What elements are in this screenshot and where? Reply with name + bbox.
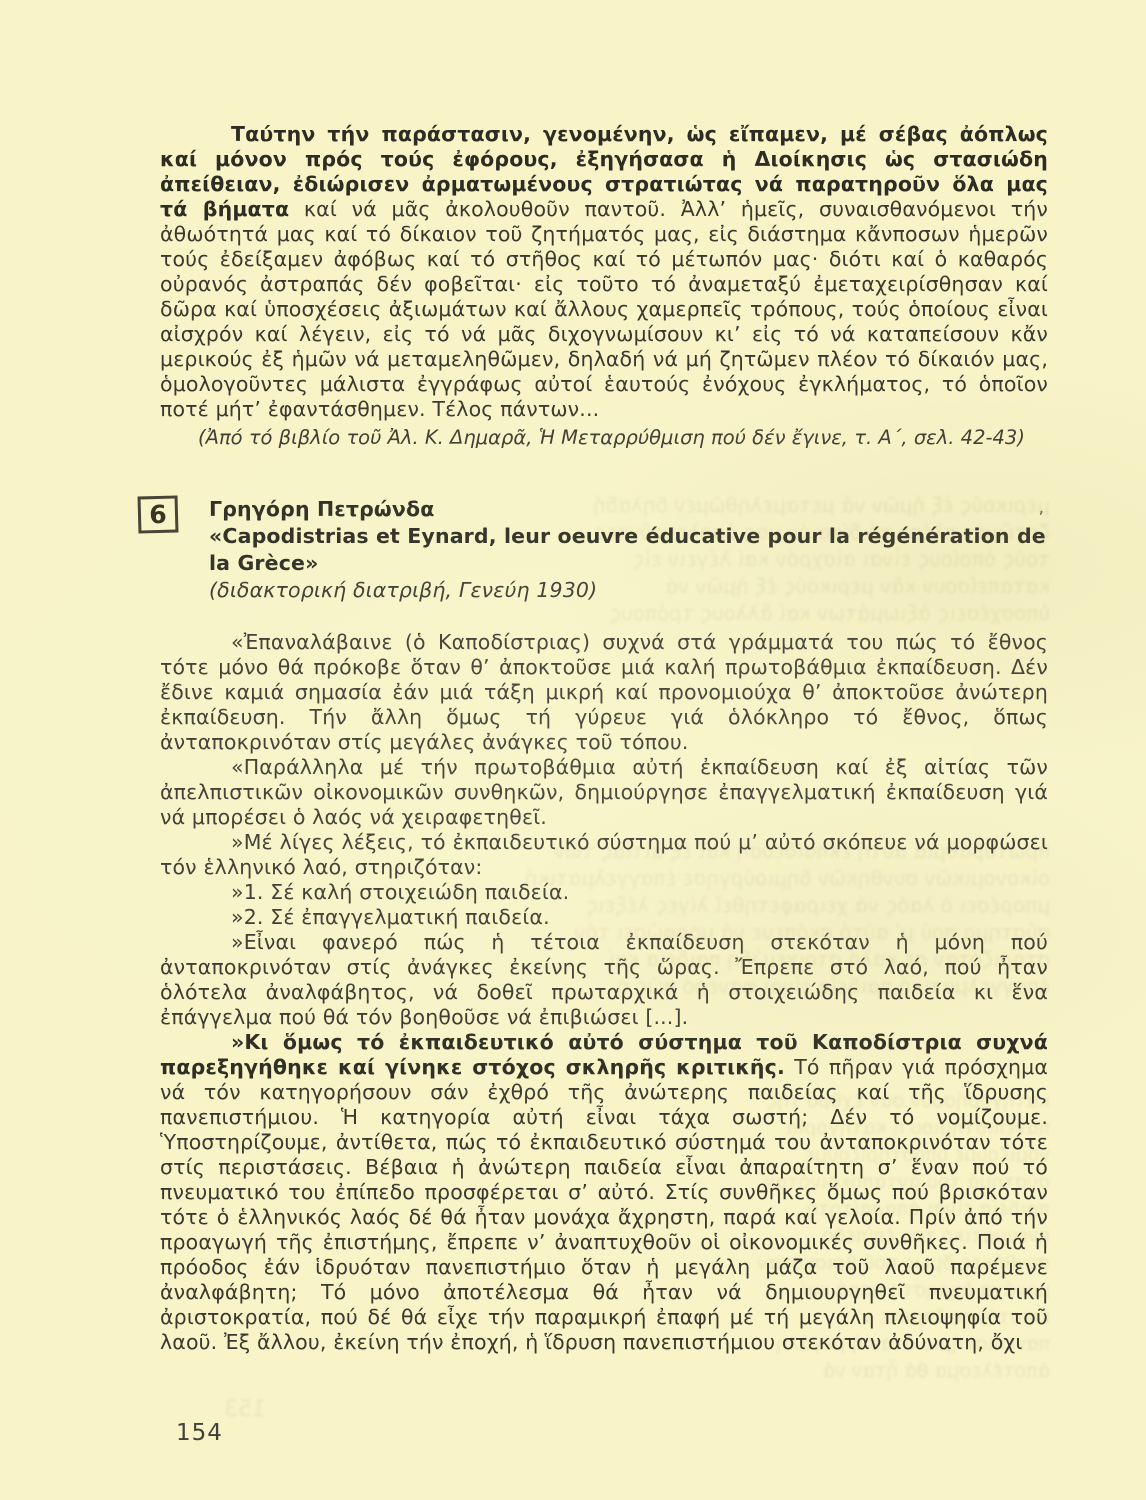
section-number-box: 6 — [138, 495, 179, 533]
paragraph: »Μέ λίγες λέξεις, τό ἐκπαιδευτικό σύστημ… — [160, 830, 1048, 880]
entry-heading: Γρηγόρη Πετρώνδα «Capodistrias et Eynard… — [209, 496, 1048, 604]
paragraph: «Ἐπαναλάβαινε (ὁ Καποδίστριας) συχνά στά… — [160, 630, 1048, 755]
excerpt-paragraph: Ταύτην τήν παράστασιν, γενομένην, ὡς εἴπ… — [160, 122, 1048, 422]
excerpt-block: Ταύτην τήν παράστασιν, γενομένην, ὡς εἴπ… — [160, 122, 1048, 450]
stray-mark: ʼ — [1038, 508, 1044, 529]
bibliography-entry: 6 Γρηγόρη Πετρώνδα «Capodistrias et Eyna… — [160, 496, 1048, 604]
paragraph: »Κι ὅμως τό ἐκπαιδευτικό αὐτό σύστημα το… — [160, 1030, 1048, 1355]
section-author: Γρηγόρη Πετρώνδα — [209, 496, 1048, 523]
bleed-through-block: 153 — [196, 1396, 266, 1423]
section-number: 6 — [149, 500, 167, 529]
text-column: Ταύτην τήν παράστασιν, γενομένην, ὡς εἴπ… — [160, 0, 1048, 1355]
excerpt-citation: (Ἀπό τό βιβλίο τοῦ Ἀλ. Κ. Δημαρᾶ, Ἡ Μετα… — [198, 425, 1048, 450]
section-subtitle: (διδακτορική διατριβή, Γενεύη 1930) — [209, 577, 1048, 604]
paragraph: »Εἶναι φανερό πώς ἡ τέτοια ἐκπαίδευση στ… — [160, 930, 1048, 1030]
book-page: μερικούς ἐξ ἡμῶν νά μεταμεληθῶμεν δηλαδή… — [0, 0, 1146, 1500]
section-title: «Capodistrias et Eynard, leur oeuvre édu… — [209, 523, 1048, 577]
paragraph: «Παράλληλα μέ τήν πρωτοβάθμια αὐτή ἐκπαί… — [160, 755, 1048, 830]
page-number: 154 — [176, 1420, 223, 1446]
body-text: «Ἐπαναλάβαινε (ὁ Καποδίστριας) συχνά στά… — [160, 630, 1048, 1355]
paragraph: »1. Σέ καλή στοιχειώδη παιδεία. — [160, 880, 1048, 905]
paragraph: »2. Σέ ἐπαγγελματική παιδεία. — [160, 905, 1048, 930]
